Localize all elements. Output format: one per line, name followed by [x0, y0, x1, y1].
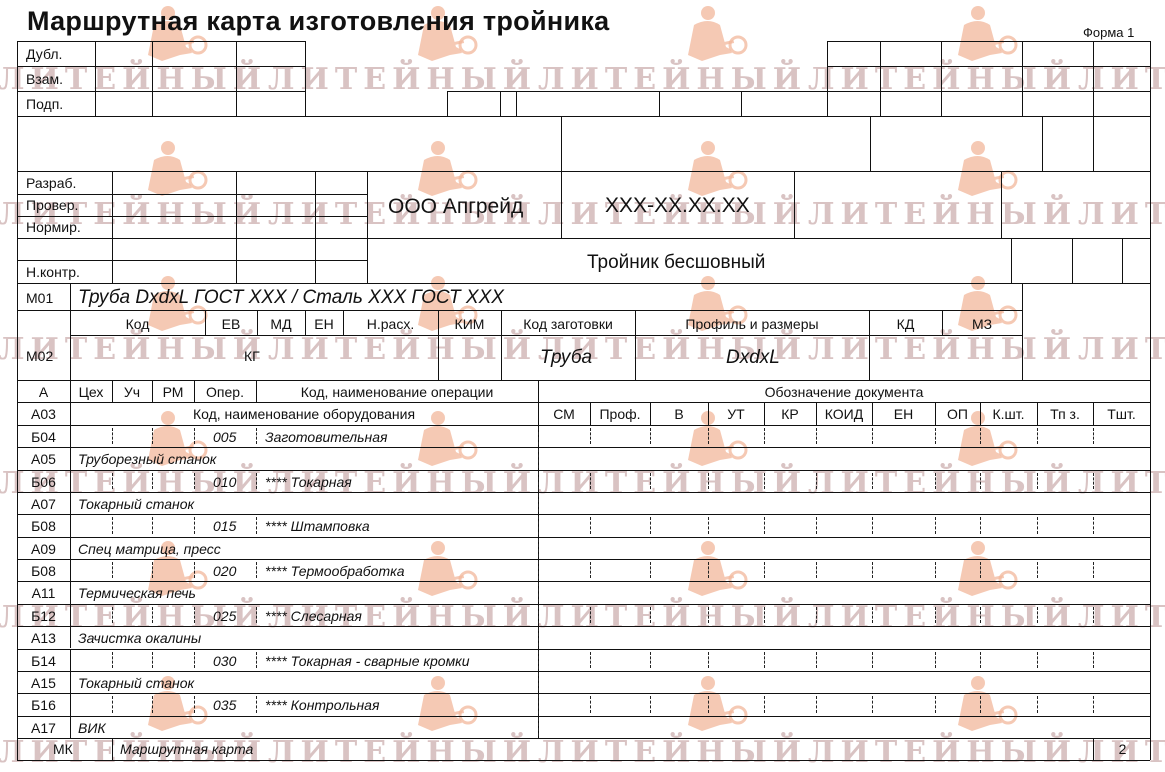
m02-profile: DxdxL — [726, 348, 780, 367]
row-code: А11 — [17, 586, 70, 600]
hdr-uch: Уч — [112, 385, 152, 399]
row-code: А17 — [17, 721, 70, 735]
row-code-m01: М01 — [26, 291, 53, 305]
footer-mk: МК — [53, 742, 73, 756]
equipment-name: Токарный станок — [78, 497, 194, 511]
watermark-figure-icon — [680, 5, 750, 67]
watermark-text: ЛИТЕЙНЫЙ — [808, 332, 1077, 367]
equipment-name: ВИК — [78, 721, 106, 735]
watermark-text: ЛИТЕЙНЫЙ — [1078, 600, 1165, 635]
hdr-eq-name: Код, наименование оборудования — [70, 407, 538, 421]
doc-col-header: УТ — [708, 407, 764, 421]
label-podp: Подп. — [26, 97, 63, 111]
document-code: XXX-XX.XX.XX — [605, 195, 750, 216]
watermark-text: ЛИТЕЙНЫЙ — [1078, 466, 1165, 501]
operation-number: 015 — [213, 519, 236, 533]
doc-col-header: В — [650, 407, 708, 421]
row-code: Б08 — [17, 519, 70, 533]
row-code: Б12 — [17, 609, 70, 623]
hdr-nrash: Н.расх. — [343, 317, 438, 331]
row-code: Б16 — [17, 698, 70, 712]
operation-name: **** Слесарная — [265, 609, 362, 623]
doc-col-header: ОП — [935, 407, 980, 421]
hdr-ev: ЕВ — [205, 317, 257, 331]
operation-number: 010 — [213, 475, 236, 489]
watermark-figure-icon — [950, 5, 1020, 67]
footer-doc-name: Маршрутная карта — [120, 742, 253, 756]
hdr-a: А — [17, 385, 70, 399]
watermark-text: ЛИТЕЙНЫЙ — [268, 332, 537, 367]
page-number: 2 — [1095, 742, 1150, 756]
equipment-name: Термическая печь — [78, 586, 196, 600]
operation-name: **** Штамповка — [265, 519, 370, 533]
form-label: Форма 1 — [1083, 25, 1134, 40]
doc-col-header: ЕН — [872, 407, 935, 421]
watermark-figure-icon — [410, 675, 480, 737]
watermark-figure-icon — [950, 540, 1020, 602]
hdr-a03: А03 — [17, 407, 70, 421]
operation-name: **** Контрольная — [265, 698, 379, 712]
operation-number: 020 — [213, 564, 236, 578]
doc-col-header: К.шт. — [980, 407, 1037, 421]
row-code: Б14 — [17, 654, 70, 668]
operation-number: 030 — [213, 654, 236, 668]
operation-name: **** Токарная - сварные кромки — [265, 654, 470, 668]
doc-col-header: СМ — [538, 407, 590, 421]
hdr-kd: КД — [869, 317, 942, 331]
m02-unit: КГ — [244, 349, 260, 363]
hdr-kod-zag: Код заготовки — [501, 317, 635, 331]
row-code: А07 — [17, 497, 70, 511]
doc-col-header: Тшт. — [1093, 407, 1150, 421]
hdr-ceh: Цех — [70, 385, 112, 399]
row-code: А13 — [17, 631, 70, 645]
watermark-text: ЛИТЕЙНЫЙ — [538, 735, 807, 770]
hdr-md: МД — [257, 317, 305, 331]
label-razrab: Разраб. — [26, 176, 76, 190]
row-code: Б04 — [17, 430, 70, 444]
hdr-mz: МЗ — [942, 317, 1022, 331]
watermark-figure-icon — [680, 540, 750, 602]
doc-col-header: КР — [764, 407, 816, 421]
watermark-text: ЛИТЕЙНЫЙ — [1078, 332, 1165, 367]
watermark-figure-icon — [410, 540, 480, 602]
doc-col-header: Проф. — [590, 407, 650, 421]
row-code: А15 — [17, 676, 70, 690]
hdr-en: ЕН — [305, 317, 343, 331]
hdr-doc: Обозначение документа — [538, 385, 1150, 399]
equipment-name: Зачистка окалины — [78, 631, 201, 645]
watermark-text: ЛИТЕЙНЫЙ — [538, 600, 807, 635]
material-spec: Труба DxdxL ГОСТ XXX / Сталь XXX ГОСТ XX… — [78, 288, 504, 307]
hdr-kim: КИМ — [438, 317, 501, 331]
watermark-figure-icon — [950, 675, 1020, 737]
equipment-name: Спец матрица, пресс — [78, 542, 221, 556]
doc-col-header: КОИД — [816, 407, 872, 421]
operation-number: 005 — [213, 430, 236, 444]
watermark-text: ЛИТЕЙНЫЙ — [268, 735, 537, 770]
watermark-text: ЛИТЕЙНЫЙ — [808, 735, 1077, 770]
operation-number: 025 — [213, 609, 236, 623]
operation-name: Заготовительная — [265, 430, 388, 444]
m02-blank: Труба — [540, 348, 592, 367]
label-prover: Провер. — [26, 198, 78, 212]
operation-name: **** Термообработка — [265, 564, 405, 578]
watermark-text: ЛИТЕЙНЫЙ — [808, 197, 1077, 232]
label-vzam: Взам. — [26, 72, 63, 86]
hdr-op-name: Код, наименование операции — [256, 385, 538, 399]
row-code-m02: М02 — [26, 349, 53, 363]
equipment-name: Токарный станок — [78, 676, 194, 690]
hdr-oper: Опер. — [194, 385, 256, 399]
doc-col-header: Тп з. — [1037, 407, 1093, 421]
row-code: А05 — [17, 452, 70, 466]
label-normir: Нормир. — [26, 220, 81, 234]
part-name: Тройник бесшовный — [587, 253, 765, 272]
row-code: Б08 — [17, 564, 70, 578]
watermark-text: ЛИТЕЙНЫЙ — [538, 466, 807, 501]
hdr-rm: РМ — [152, 385, 194, 399]
operation-number: 035 — [213, 698, 236, 712]
row-code: Б06 — [17, 475, 70, 489]
hdr-profile: Профиль и размеры — [635, 317, 869, 331]
page-title: Маршрутная карта изготовления тройника — [27, 6, 609, 37]
equipment-name: Труборезный станок — [78, 452, 216, 466]
watermark-figure-icon — [680, 675, 750, 737]
hdr-kod: Код — [70, 317, 205, 331]
watermark-text: ЛИТЕЙНЫЙ — [1078, 197, 1165, 232]
row-code: А09 — [17, 542, 70, 556]
company-name: ООО Апгрейд — [388, 196, 523, 217]
label-dubl: Дубл. — [26, 47, 62, 61]
label-nkontr: Н.контр. — [26, 265, 80, 279]
operation-name: **** Токарная — [265, 475, 352, 489]
